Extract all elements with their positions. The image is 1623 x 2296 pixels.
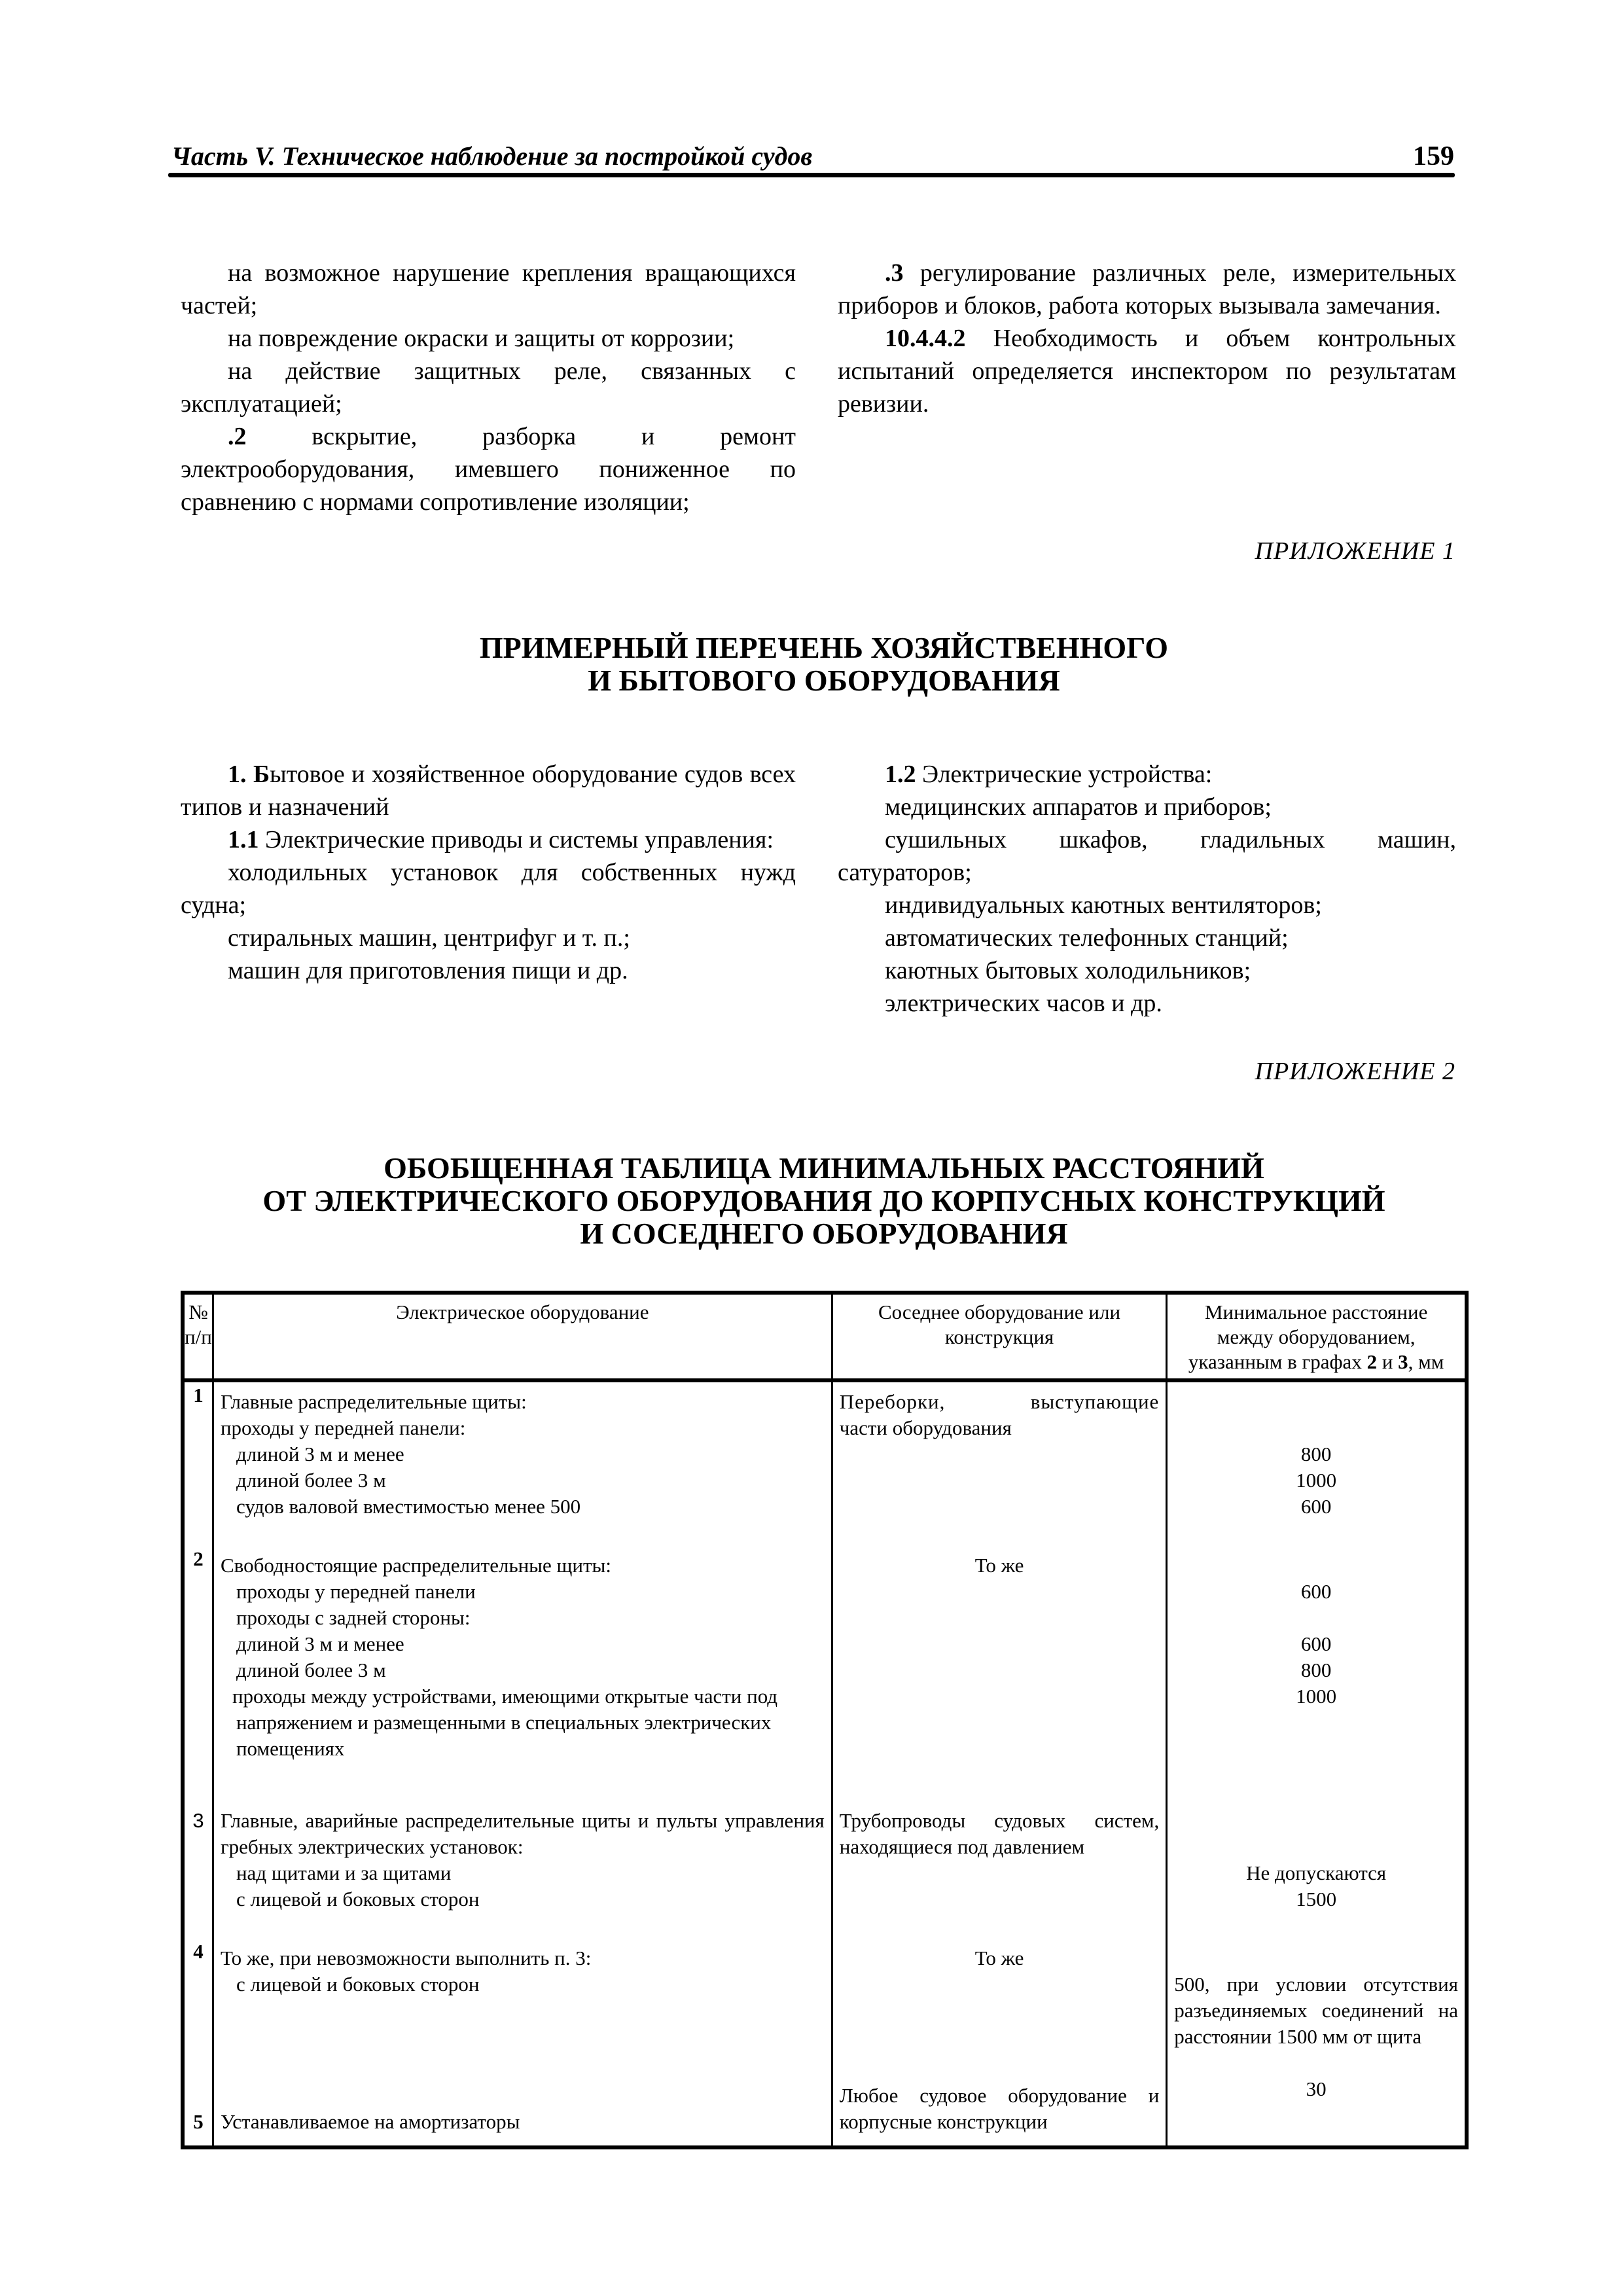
paragraph: 10.4.4.2 Необходимость и объем контрольн…: [838, 322, 1456, 420]
list-item: автоматических телефонных станций;: [838, 922, 1456, 954]
distance-cell: 30: [1167, 2076, 1467, 2147]
table-row: 4 То же, при невозможности выполнить п. …: [183, 1939, 1467, 2076]
list-item: индивидуальных каютных вентиляторов;: [838, 889, 1456, 922]
paragraph: на действие защитных реле, связанных с э…: [181, 355, 796, 420]
paragraph: .3 регулирование различных реле, измерит…: [838, 257, 1456, 322]
distance-cell: 600 600 800 1000: [1167, 1546, 1467, 1788]
adjacent-cell: То же: [832, 1939, 1167, 2076]
header-equipment: Электрическое оборудование: [213, 1293, 832, 1380]
distance-cell: 500, при условии отсутствия разъединяемы…: [1167, 1939, 1467, 2076]
adjacent-cell: То же: [832, 1546, 1167, 1788]
paragraph: на возможное нарушение крепления вращающ…: [181, 257, 796, 322]
adjacent-cell: Переборки, выступающие части оборудовани…: [832, 1380, 1167, 1546]
appendix-1-title: ПРИМЕРНЫЙ ПЕРЕЧЕНЬ ХОЗЯЙСТВЕННОГО И БЫТО…: [181, 632, 1467, 697]
equipment-cell: Главные, аварийные распределительные щит…: [213, 1788, 832, 1939]
table-row: 3 Главные, аварийные распределительные щ…: [183, 1788, 1467, 1939]
row-number: 5: [183, 2076, 213, 2147]
row-number: 3: [183, 1788, 213, 1939]
appendix-1-left-column: 1. Бытовое и хозяйственное оборудование …: [181, 758, 796, 987]
min-distances-table: № п/п Электрическое оборудование Соседне…: [181, 1291, 1469, 2149]
list-item: медицинских аппаратов и приборов;: [838, 791, 1456, 823]
appendix-2-title: ОБОБЩЕННАЯ ТАБЛИЦА МИНИМАЛЬНЫХ РАССТОЯНИ…: [181, 1152, 1467, 1250]
top-text-left-column: на возможное нарушение крепления вращающ…: [181, 257, 796, 518]
header-num: № п/п: [183, 1293, 213, 1380]
table-row: 5 Устанавливаемое на амортизаторы Любое …: [183, 2076, 1467, 2147]
table-row: 1 Главные распределительные щиты: проход…: [183, 1380, 1467, 1546]
appendix-2-label: ПРИЛОЖЕНИЕ 2: [1255, 1057, 1455, 1086]
row-number: 1: [183, 1380, 213, 1546]
adjacent-cell: Трубопроводы судовых систем, находящиеся…: [832, 1788, 1167, 1939]
row-number: 4: [183, 1939, 213, 2076]
page-number: 159: [1413, 140, 1454, 173]
appendix-1-right-column: 1.2 Электрические устройства: медицински…: [838, 758, 1456, 1020]
list-item: стиральных машин, центрифуг и т. п.;: [181, 922, 796, 954]
equipment-cell: То же, при невозможности выполнить п. 3:…: [213, 1939, 832, 2076]
appendix-1-label: ПРИЛОЖЕНИЕ 1: [1255, 537, 1455, 565]
adjacent-cell: Любое судовое оборудование и корпусные к…: [832, 2076, 1167, 2147]
equipment-cell: Главные распределительные щиты: проходы …: [213, 1380, 832, 1546]
header-distance: Минимальное расстояние между оборудовани…: [1167, 1293, 1467, 1380]
list-item: электрических часов и др.: [838, 987, 1456, 1020]
list-item: 1. Бытовое и хозяйственное оборудование …: [181, 758, 796, 823]
row-number: 2: [183, 1546, 213, 1788]
equipment-cell: Свободностоящие распределительные щиты: …: [213, 1546, 832, 1788]
distance-cell: 800 1000 600: [1167, 1380, 1467, 1546]
running-head: Часть V. Техническое наблюдение за постр…: [171, 140, 1454, 173]
top-text-right-column: .3 регулирование различных реле, измерит…: [838, 257, 1456, 420]
table-header-row: № п/п Электрическое оборудование Соседне…: [183, 1293, 1467, 1380]
equipment-cell: Устанавливаемое на амортизаторы: [213, 2076, 832, 2147]
list-item: 1.2 Электрические устройства:: [838, 758, 1456, 791]
list-item: машин для приготовления пищи и др.: [181, 954, 796, 987]
list-item: холодильных установок для собственных ну…: [181, 856, 796, 922]
paragraph: на повреждение окраски и защиты от корро…: [181, 322, 796, 355]
distance-cell: Не допускаются 1500: [1167, 1788, 1467, 1939]
header-rule: [168, 173, 1455, 177]
list-item: каютных бытовых холодильников;: [838, 954, 1456, 987]
header-adjacent: Соседнее оборудование или конструкция: [832, 1293, 1167, 1380]
list-item: сушильных шкафов, гладильных машин, сату…: [838, 823, 1456, 889]
list-item: 1.1 Электрические приводы и системы упра…: [181, 823, 796, 856]
paragraph: .2 вскрытие, разборка и ремонт электрооб…: [181, 420, 796, 518]
table-row: 2 Свободностоящие распределительные щиты…: [183, 1546, 1467, 1788]
running-head-title: Часть V. Техническое наблюдение за постр…: [171, 141, 812, 171]
